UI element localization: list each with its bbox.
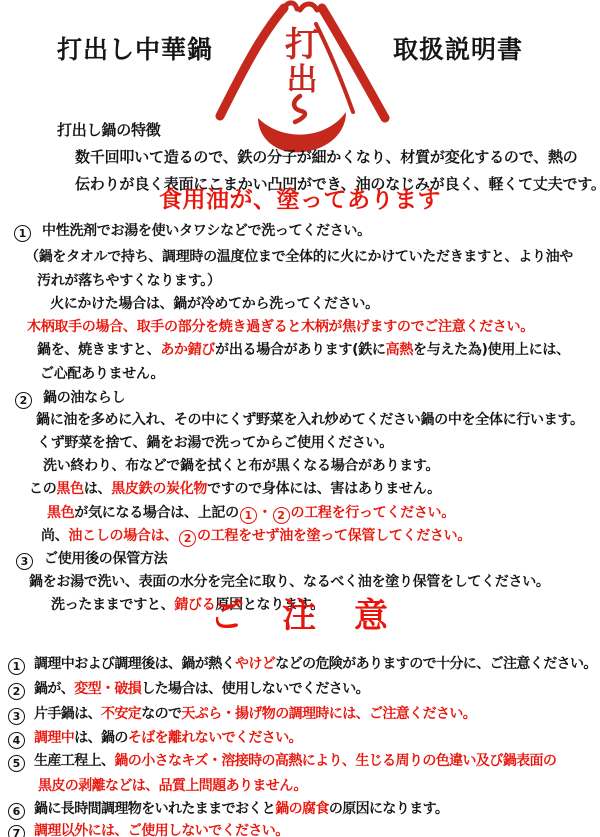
- circled-number-2: 2: [8, 683, 25, 700]
- logo-tail-curl: [294, 96, 305, 122]
- logo-peak-arch-right: [300, 4, 317, 10]
- care-step-3: 3ご使用後の保管方法: [16, 549, 167, 570]
- circled-number-2: 2: [179, 530, 196, 547]
- circled-number-4: 4: [8, 732, 25, 749]
- care-step-2-heading: 鍋の油ならし: [43, 390, 125, 406]
- caution-item-1: 1調理中および調理後は、鍋が熱くやけどなどの危険がありますので十分に、ご注意くだ…: [8, 654, 597, 675]
- wood-handle-warning: 木柄取手の場合、取手の部分を焼き過ぎると木柄が焦げますのでご注意ください。: [27, 317, 534, 337]
- circled-number-1: 1: [240, 507, 257, 524]
- caution-heading: ご 注 意: [0, 606, 600, 626]
- care-step-1-note: （鍋をタオルで持ち、調理時の温度位まで全体的に火にかけていただきますと、より油や: [25, 247, 573, 267]
- rust-note: 鍋を、焼きますと、あか錆びが出る場合があります(鉄に高熱を与えた為)使用上には、: [37, 340, 570, 360]
- caution-item-7: 7調理以外には、ご使用しないでください。: [8, 821, 289, 837]
- caution-item-5-continued: 黒皮の剥離などは、品質上問題ありません。: [38, 776, 307, 796]
- caution-item-2: 2鍋が、変型・破損した場合は、使用しないでください。: [8, 679, 369, 700]
- uchidashi-brand-logo-icon: 打 出: [210, 0, 395, 160]
- document-title: 取扱説明書: [393, 40, 523, 60]
- care-step-1-note: 汚れが落ちやすくなります。）: [37, 271, 221, 291]
- features-heading: 打出し鍋の特徴: [57, 120, 161, 140]
- care-step-2-note: 鍋に油を多めに入れ、その中にくず野菜を入れ炒めてください鍋の中を全体に行います。: [36, 410, 584, 430]
- logo-right-slope: [322, 8, 385, 118]
- product-title: 打出し中華鍋: [57, 40, 213, 60]
- caution-item-6: 6鍋に長時間調理物をいれたままでおくと鍋の腐食の原因になります。: [8, 799, 448, 820]
- care-step-1-note: 火にかけた場合は、鍋が冷めてから洗ってください。: [50, 294, 379, 314]
- circled-number-2: 2: [273, 507, 290, 524]
- care-step-1: 1中性洗剤でお湯を使いタワシなどで洗ってください。: [14, 221, 371, 242]
- logo-left-slope: [220, 8, 284, 116]
- logo-char-top: 打: [285, 25, 319, 65]
- oil-coating-notice: 食用油が、塗ってあります: [0, 190, 600, 210]
- black-residue-note: この黒色は、黒皮鉄の炭化物ですので身体には、害はありません。: [29, 479, 441, 499]
- features-line: 数千回叩いて造るので、鉄の分子が細かくなり、材質が変化するので、熱の: [75, 147, 578, 167]
- storage-note: 鍋をお湯で洗い、表面の水分を完全に取り、なるべく油を塗り保管をしてください。: [29, 572, 550, 592]
- circled-number-3: 3: [8, 708, 25, 725]
- logo-char-bottom: 出: [287, 62, 318, 98]
- care-step-1-heading: 中性洗剤でお湯を使いタワシなどで洗ってください。: [42, 223, 371, 239]
- caution-item-3: 3片手鍋は、不安定なので天ぷら・揚げ物の調理時には、ご注意ください。: [8, 704, 476, 725]
- logo-peak-arch-left: [284, 3, 297, 9]
- circled-number-7: 7: [8, 825, 25, 837]
- care-step-2-note: 洗い終わり、布などで鍋を拭くと布が黒くなる場合があります。: [43, 456, 439, 476]
- circled-number-2: 2: [15, 392, 32, 409]
- circled-number-5: 5: [8, 755, 25, 772]
- instruction-manual-page: 打出し中華鍋 取扱説明書 打 出 打出し鍋の特徴 数千回叩いて造るので、鉄の分子…: [0, 0, 600, 837]
- care-step-3-heading: ご使用後の保管方法: [44, 551, 167, 567]
- caution-item-5: 5生産工程上、鍋の小さなキズ・溶接時の高熱により、生じる周りの色違い及び鍋表面の: [8, 751, 556, 772]
- circled-number-6: 6: [8, 803, 25, 820]
- care-step-2-note: くず野菜を捨て、鍋をお湯で洗ってからご使用ください。: [37, 433, 393, 453]
- circled-number-1: 1: [14, 225, 31, 242]
- care-step-2: 2鍋の油ならし: [15, 388, 125, 409]
- circled-number-1: 1: [8, 658, 25, 675]
- circled-number-3: 3: [16, 553, 33, 570]
- rust-note-cont: ご心配ありません。: [40, 364, 164, 384]
- oil-strainer-advice: 尚、油こしの場合は、2の工程をせず油を塗って保管してください。: [41, 526, 471, 547]
- caution-item-4: 4調理中は、鍋のそばを離れないでください。: [8, 728, 302, 749]
- black-color-advice: 黒色が気になる場合は、上記の1・2の工程を行ってください。: [47, 503, 455, 524]
